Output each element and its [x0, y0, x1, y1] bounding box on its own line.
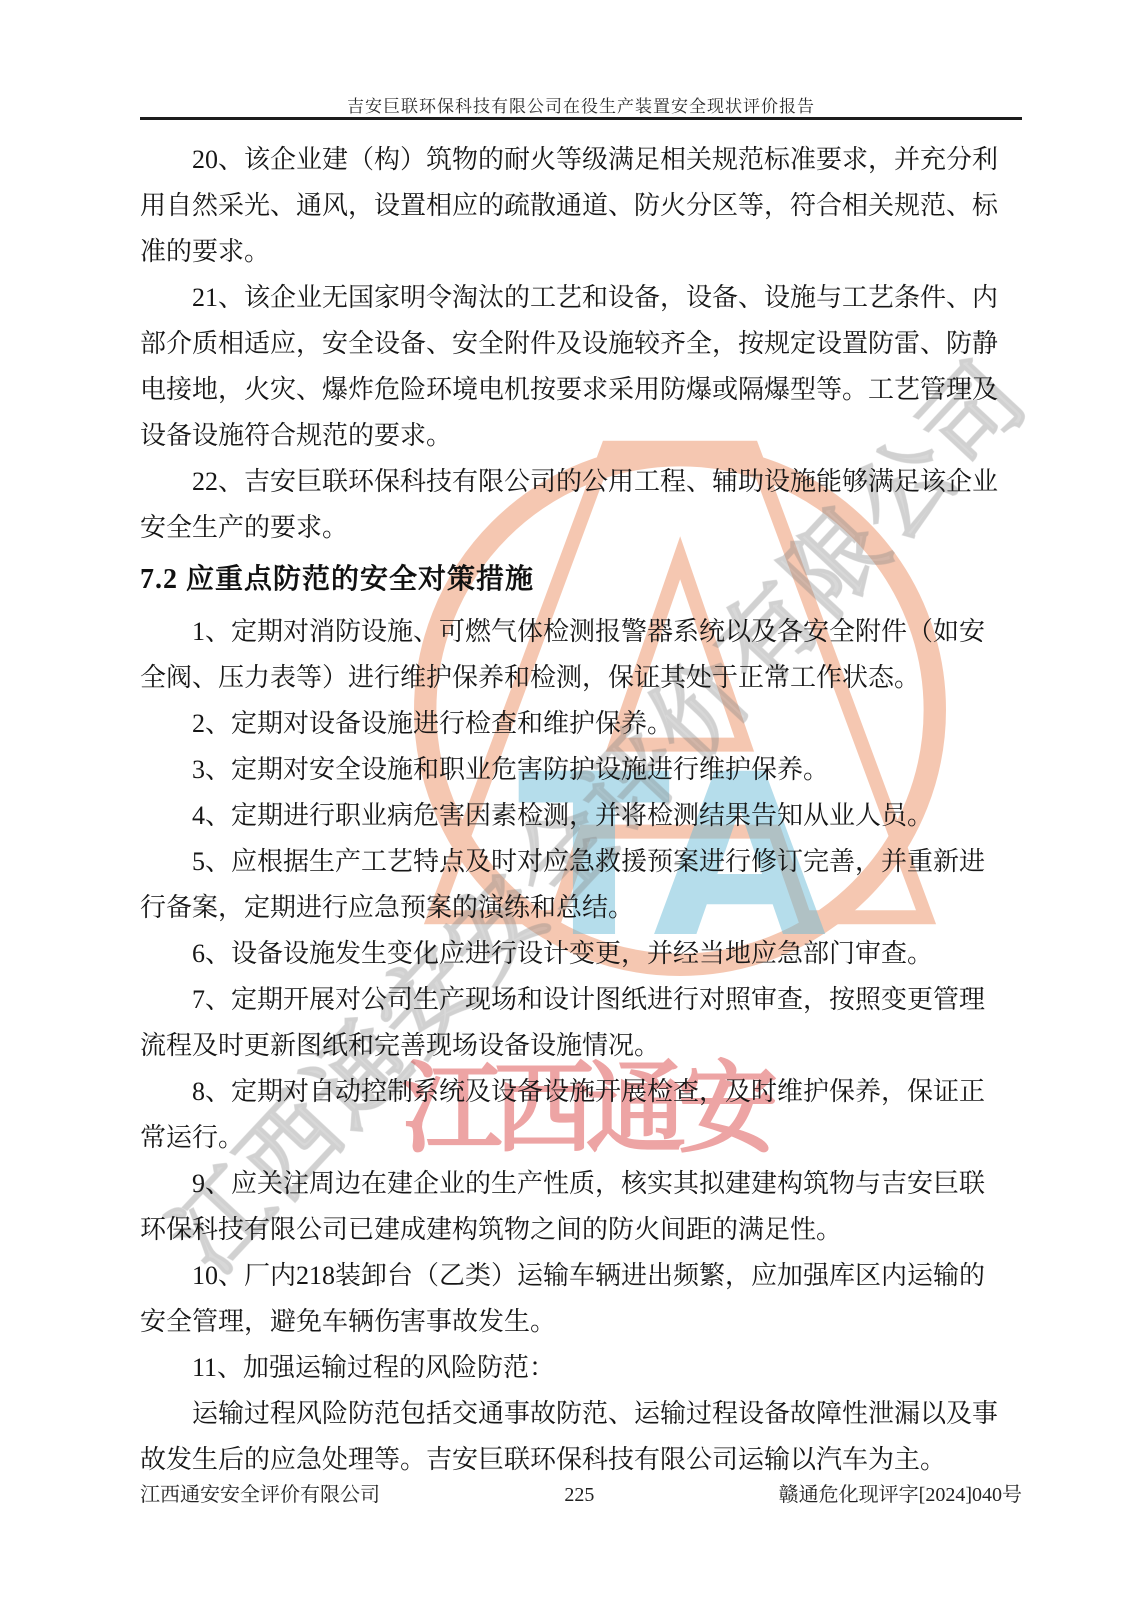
header-rule — [140, 117, 1022, 120]
text-line: 部介质相适应，安全设备、安全附件及设施较齐全，按规定设置防雷、防静 — [140, 321, 1030, 367]
text-line: 3、定期对安全设施和职业危害防护设施进行维护保养。 — [140, 747, 1030, 793]
page-header-title: 吉安巨联环保科技有限公司在役生产装置安全现状评价报告 — [140, 92, 1022, 117]
text-line: 9、应关注周边在建企业的生产性质，核实其拟建建构筑物与吉安巨联 — [140, 1161, 1030, 1207]
text-line: 22、吉安巨联环保科技有限公司的公用工程、辅助设施能够满足该企业 — [140, 459, 1030, 505]
page-footer: 江西通安安全评价有限公司 225 赣通危化现评字[2024]040号 — [140, 1478, 1022, 1507]
footer-doc-number: 赣通危化现评字[2024]040号 — [779, 1478, 1022, 1507]
text-line: 7、定期开展对公司生产现场和设计图纸进行对照审查，按照变更管理 — [140, 977, 1030, 1023]
text-line: 用自然采光、通风，设置相应的疏散通道、防火分区等，符合相关规范、标 — [140, 183, 1030, 229]
text-line: 5、应根据生产工艺特点及时对应急救援预案进行修订完善，并重新进 — [140, 839, 1030, 885]
text-line: 运输过程风险防范包括交通事故防范、运输过程设备故障性泄漏以及事 — [140, 1391, 1030, 1437]
text-line: 全阀、压力表等）进行维护保养和检测，保证其处于正常工作状态。 — [140, 655, 1030, 701]
text-line: 20、该企业建（构）筑物的耐火等级满足相关规范标准要求，并充分利 — [140, 137, 1030, 183]
footer-page-number: 225 — [564, 1484, 594, 1507]
text-line: 准的要求。 — [140, 229, 1030, 275]
text-line: 8、定期对自动控制系统及设备设施开展检查，及时维护保养，保证正 — [140, 1069, 1030, 1115]
text-line: 11、加强运输过程的风险防范： — [140, 1345, 1030, 1391]
footer-company-name: 江西通安安全评价有限公司 — [140, 1478, 380, 1507]
text-line: 行备案，定期进行应急预案的演练和总结。 — [140, 885, 1030, 931]
text-line: 环保科技有限公司已建成建构筑物之间的防火间距的满足性。 — [140, 1207, 1030, 1253]
text-line: 流程及时更新图纸和完善现场设备设施情况。 — [140, 1023, 1030, 1069]
text-line: 2、定期对设备设施进行检查和维护保养。 — [140, 701, 1030, 747]
text-line: 安全管理，避免车辆伤害事故发生。 — [140, 1299, 1030, 1345]
text-line: 电接地，火灾、爆炸危险环境电机按要求采用防爆或隔爆型等。工艺管理及 — [140, 367, 1030, 413]
text-line: 6、设备设施发生变化应进行设计变更，并经当地应急部门审查。 — [140, 931, 1030, 977]
text-line: 常运行。 — [140, 1115, 1030, 1161]
text-line: 4、定期进行职业病危害因素检测，并将检测结果告知从业人员。 — [140, 793, 1030, 839]
document-page: A TA 江西通安安全评价有限公司 江西通安 吉安巨联环保科技有限公司在役生产装… — [0, 0, 1131, 1600]
text-line: 21、该企业无国家明令淘汰的工艺和设备，设备、设施与工艺条件、内 — [140, 275, 1030, 321]
document-body: 20、该企业建（构）筑物的耐火等级满足相关规范标准要求，并充分利用自然采光、通风… — [140, 137, 1030, 1483]
text-line: 设备设施符合规范的要求。 — [140, 413, 1030, 459]
section-heading: 7.2 应重点防范的安全对策措施 — [140, 551, 1030, 609]
text-line: 安全生产的要求。 — [140, 505, 1030, 551]
text-line: 1、定期对消防设施、可燃气体检测报警器系统以及各安全附件（如安 — [140, 609, 1030, 655]
text-line: 10、厂内218装卸台（乙类）运输车辆进出频繁，应加强库区内运输的 — [140, 1253, 1030, 1299]
text-line: 故发生后的应急处理等。吉安巨联环保科技有限公司运输以汽车为主。 — [140, 1437, 1030, 1483]
document-content: 吉安巨联环保科技有限公司在役生产装置安全现状评价报告 20、该企业建（构）筑物的… — [0, 0, 1131, 1600]
